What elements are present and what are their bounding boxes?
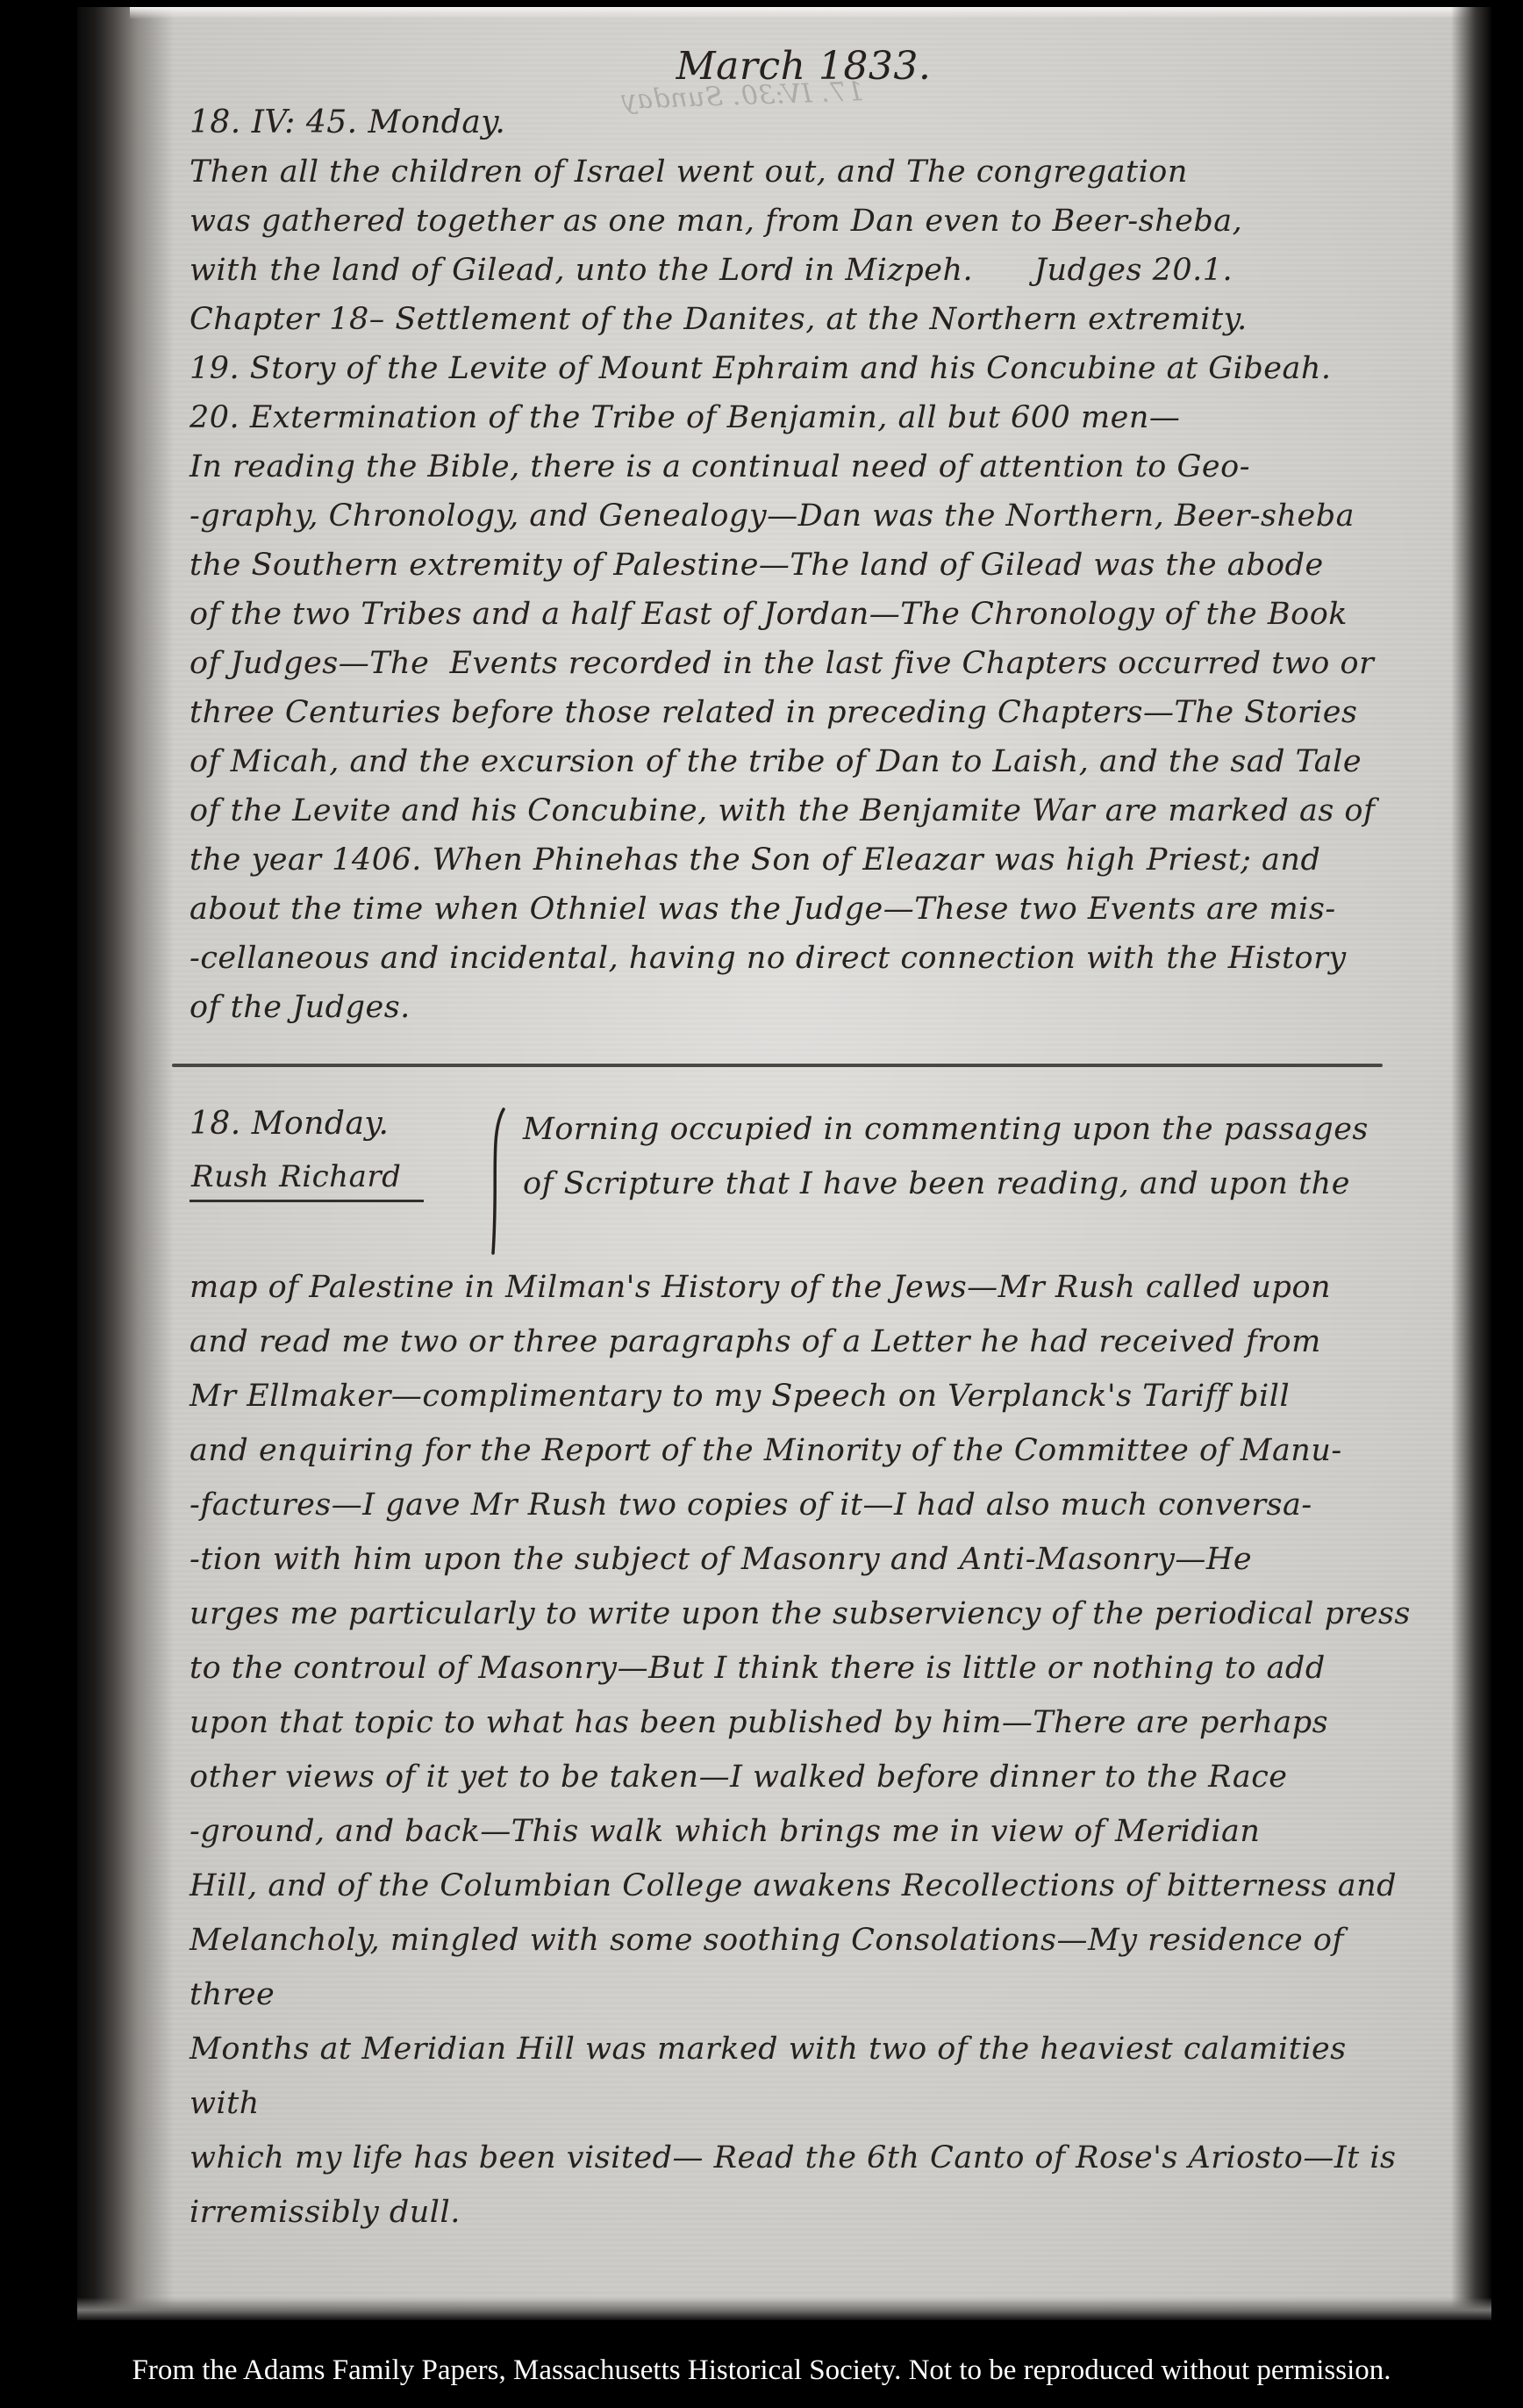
scan-background: 17. IV:30. Sunday March 1833. 18. IV: 45…	[0, 0, 1523, 2408]
handwritten-line: map of Palestine in Milman's History of …	[189, 1260, 1418, 1315]
handwritten-line: urges me particularly to write upon the …	[189, 1587, 1418, 1641]
entry-head-row: 18. Monday. Rush Richard Morning occupie…	[189, 1102, 1418, 1257]
credit-text: From the Adams Family Papers, Massachuse…	[132, 2354, 1391, 2387]
handwritten-line: about the time when Othniel was the Judg…	[189, 885, 1418, 934]
page-top-edge	[130, 7, 1491, 19]
handwritten-line: was gathered together as one man, from D…	[189, 197, 1418, 246]
handwritten-line: Melancholy, mingled with some soothing C…	[189, 1913, 1418, 2022]
page-date-header: March 1833.	[189, 44, 1418, 89]
credit-footer: From the Adams Family Papers, Massachuse…	[0, 2333, 1523, 2408]
handwritten-line: -tion with him upon the subject of Mason…	[189, 1532, 1418, 1587]
diary-entry-march-18-first: 18. IV: 45. Monday. Then all the childre…	[189, 104, 1418, 1032]
entry-day-heading: 18. Monday.	[189, 1106, 479, 1142]
entry-time-heading: 18. IV: 45. Monday.	[189, 104, 1418, 140]
handwritten-line: -graphy, Chronology, and Genealogy—Dan w…	[189, 491, 1418, 541]
handwritten-line: Chapter 18– Settlement of the Danites, a…	[189, 295, 1418, 344]
entry-lead-lines: Morning occupied in commenting upon the …	[523, 1102, 1418, 1211]
book-binding-shadow	[77, 7, 174, 2320]
handwritten-line: of Scripture that I have been reading, a…	[523, 1157, 1418, 1211]
margin-bracket-icon	[484, 1107, 507, 1257]
handwritten-line: the Southern extremity of Palestine—The …	[189, 541, 1418, 590]
page-right-edge	[1451, 7, 1491, 2320]
handwritten-line: 20. Extermination of the Tribe of Benjam…	[189, 393, 1418, 442]
diary-page: 17. IV:30. Sunday March 1833. 18. IV: 45…	[77, 7, 1491, 2320]
handwritten-line: Mr Ellmaker—complimentary to my Speech o…	[189, 1369, 1418, 1423]
handwritten-line: Months at Meridian Hill was marked with …	[189, 2022, 1418, 2131]
handwritten-line: of Judges—The Events recorded in the las…	[189, 639, 1418, 688]
entry-body: map of Palestine in Milman's History of …	[189, 1260, 1418, 2240]
entry-body: Then all the children of Israel went out…	[189, 147, 1418, 1032]
handwritten-line: Then all the children of Israel went out…	[189, 147, 1418, 197]
margin-block: 18. Monday. Rush Richard	[189, 1102, 479, 1202]
handwritten-line: of Micah, and the excursion of the tribe…	[189, 737, 1418, 786]
handwritten-line: -ground, and back—This walk which brings…	[189, 1804, 1418, 1859]
handwritten-line: the year 1406. When Phinehas the Son of …	[189, 835, 1418, 885]
handwritten-line: Morning occupied in commenting upon the …	[523, 1102, 1418, 1157]
handwritten-line: and enquiring for the Report of the Mino…	[189, 1423, 1418, 1478]
diary-entry-march-18-second: 18. Monday. Rush Richard Morning occupie…	[189, 1102, 1418, 2240]
handwritten-line: irremissibly dull.	[189, 2185, 1418, 2240]
handwritten-line: In reading the Bible, there is a continu…	[189, 442, 1418, 491]
handwritten-line: to the controul of Masonry—But I think t…	[189, 1641, 1418, 1695]
handwritten-line: and read me two or three paragraphs of a…	[189, 1315, 1418, 1369]
handwritten-line: of the two Tribes and a half East of Jor…	[189, 590, 1418, 639]
handwritten-line: which my life has been visited— Read the…	[189, 2131, 1418, 2185]
handwritten-line: 19. Story of the Levite of Mount Ephraim…	[189, 344, 1418, 393]
entry-divider-rule	[172, 1064, 1383, 1067]
page-bottom-edge	[77, 2297, 1491, 2320]
handwritten-line: of the Levite and his Concubine, with th…	[189, 786, 1418, 835]
handwritten-line: three Centuries before those related in …	[189, 688, 1418, 737]
handwritten-line: other views of it yet to be taken—I walk…	[189, 1750, 1418, 1804]
page-content: March 1833. 18. IV: 45. Monday. Then all…	[189, 32, 1418, 2240]
handwritten-line: -factures—I gave Mr Rush two copies of i…	[189, 1478, 1418, 1532]
margin-name-rush-richard: Rush Richard	[189, 1157, 424, 1202]
handwritten-line: of the Judges.	[189, 983, 1418, 1032]
handwritten-line: -cellaneous and incidental, having no di…	[189, 934, 1418, 983]
handwritten-line: with the land of Gilead, unto the Lord i…	[189, 246, 1418, 295]
handwritten-line: upon that topic to what has been publish…	[189, 1695, 1418, 1750]
handwritten-line: Hill, and of the Columbian College awake…	[189, 1859, 1418, 1913]
